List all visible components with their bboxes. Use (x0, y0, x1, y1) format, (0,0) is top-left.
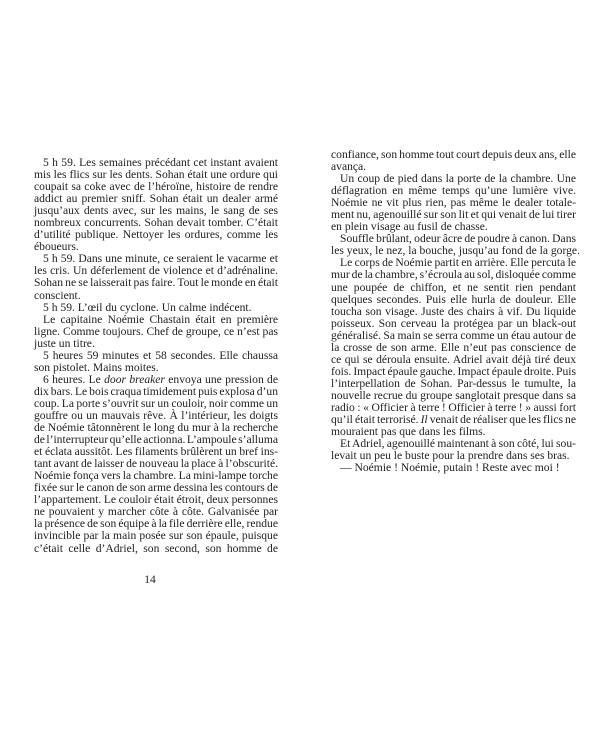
text-line: poisseux. Son cerveau la protégea par un… (331, 318, 576, 330)
text-line: c’était celle d’Adriel, son second, son … (34, 543, 278, 555)
book-page-spread: 5 h 59. Les semaines précédant cet insta… (0, 0, 600, 750)
text-line: une poupée de chiffon, et ne sentit rien… (331, 282, 576, 294)
text-line: la crosse de son arme. Elle n’eut pas co… (331, 342, 576, 354)
text-line: 5 h 59. L’œil du cyclone. Un calme indéc… (34, 302, 278, 314)
text-line: invincible par la main posée sur son épa… (34, 530, 278, 542)
text-line: ligne. Comme toujours. Chef de groupe, c… (34, 326, 278, 338)
text-line: juste un titre. (34, 338, 278, 350)
text-fragment: 6 heures. Le (43, 373, 104, 386)
italic-fragment: door breaker (104, 373, 165, 386)
left-text-column: 5 h 59. Les semaines précédant cet insta… (34, 157, 278, 555)
italic-fragment: Il (421, 413, 428, 426)
text-fragment: envoya une pression de (165, 373, 278, 386)
page-number: 14 (140, 573, 160, 587)
text-line: mur de la chambre, s’écroula au sol, dis… (331, 269, 576, 281)
text-line: confiance, son homme tout court depuis d… (331, 149, 576, 161)
right-text-column: confiance, son homme tout court depuis d… (331, 149, 576, 474)
text-line: toucha son visage. Juste des chairs à vi… (331, 306, 576, 318)
text-line: quelques secondes. Puis elle hurla de do… (331, 294, 576, 306)
text-fragment: qu’il était terrorisé. (331, 413, 421, 426)
text-line: Sohan ne se laisserait pas faire. Tout l… (34, 277, 278, 289)
text-line: Le capitaine Noémie Chastain était en pr… (34, 314, 278, 326)
text-line: conscient. (34, 290, 278, 302)
text-line: — Noémie ! Noémie, putain ! Reste avec m… (331, 462, 576, 474)
text-line: généralisé. Sa main se serra comme un ét… (331, 330, 576, 342)
text-fragment: venait de réaliser que les flics ne (428, 413, 576, 426)
text-line: 5 heures 59 minutes et 58 secondes. Elle… (34, 350, 278, 362)
